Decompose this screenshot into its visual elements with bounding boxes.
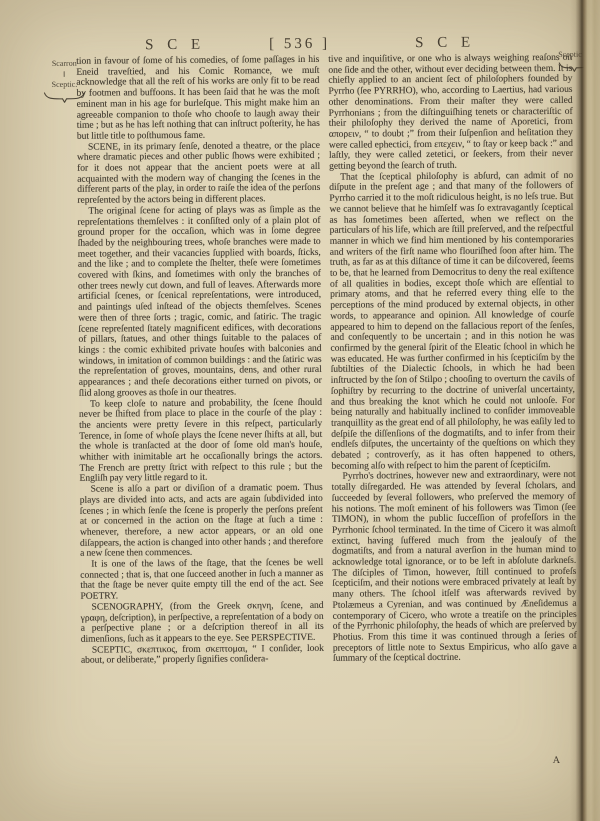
paragraph: Pyrrho's doctrines, however new and extr… [331,470,577,665]
paragraph: SCEPTIC, σκεπτικος, from σκεπτομαι, “ I … [81,643,324,666]
running-title-left: S C E [145,37,205,54]
paragraph: It is one of the laws of the ſtage, that… [80,558,323,603]
paragraph: SCENE, in its primary ſenſe, denoted a t… [77,140,320,206]
paragraph: SCENOGRAPHY, (from the Greek σκηνη, ſcen… [81,601,324,646]
paragraph: Scene is alſo a part or diviſion of a dr… [80,483,324,560]
paragraph: tive and inquiſitive, or one who is alwa… [328,53,573,173]
paragraph: tion in favour of ſome of his comedies, … [76,55,320,143]
paragraph: The original ſcene for acting of plays w… [77,205,322,400]
paragraph: That the ſceptical philoſophy is abſurd,… [329,171,575,473]
page-edge-shadow [570,0,600,821]
running-title-right: S C E [415,35,475,52]
text-column-right: tive and inquiſitive, or one who is alwa… [328,53,577,665]
signature-mark: A [553,755,560,766]
page-number: [ 536 ] [269,36,330,53]
paragraph: To keep cloſe to nature and probability,… [79,397,323,485]
text-column-left: tion in favour of ſome of his comedies, … [76,55,324,667]
book-page: S C E [ 536 ] S C E Scarron ‖ Sceptic. S… [0,0,600,821]
page-content: S C E [ 536 ] S C E Scarron ‖ Sceptic. S… [0,0,600,821]
